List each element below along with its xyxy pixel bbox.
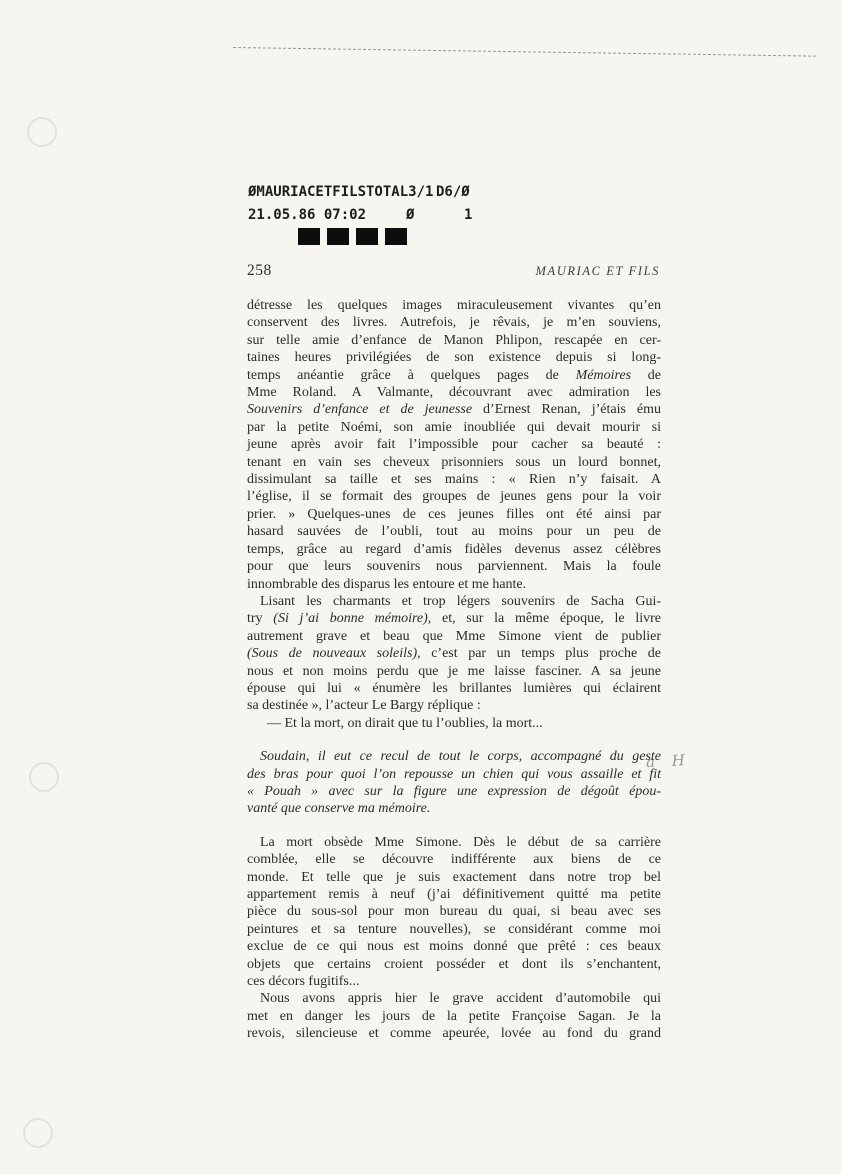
text-line: (Sous de nouveaux soleils), c’est par un…	[247, 645, 661, 662]
text-line: prier. » Quelques-unes de ces jeunes fil…	[247, 506, 661, 523]
text-line: appartement remis à neuf (j’ai définitiv…	[247, 886, 661, 903]
text-line: comblée, elle se découvre indifférente a…	[247, 851, 661, 868]
text-line: met en danger les jours de la petite Fra…	[247, 1008, 661, 1025]
text-line: temps anéantie grâce à quelques pages de…	[247, 367, 661, 384]
text-line: « Pouah » avec sur la figure une express…	[247, 783, 661, 800]
paragraph: détresse les quelques images miraculeuse…	[247, 297, 661, 593]
text-line: vanté que conserve ma mémoire.	[247, 800, 661, 817]
text-line: Lisant les charmants et trop légers souv…	[247, 593, 661, 610]
text-line: nous et non moins perdu que je me laisse…	[247, 663, 661, 680]
paragraph: Soudain, il eut ce recul de tout le corp…	[247, 748, 661, 818]
running-title: MAURIAC ET FILS	[536, 260, 660, 279]
black-marker-square	[385, 228, 407, 245]
text-line: objets que certains croient posséder et …	[247, 956, 661, 973]
typesetter-code: ØMAURIACETFILSTOTAL3/1	[248, 184, 433, 200]
text-line: tenant en vain ses cheveux prisonniers s…	[247, 454, 661, 471]
paragraph: — Et la mort, on dirait que tu l’oublies…	[247, 715, 661, 732]
paragraph: Lisant les charmants et trop légers souv…	[247, 593, 661, 715]
body-text: détresse les quelques images miraculeuse…	[247, 297, 661, 1043]
text-line: pièce du sous-sol pour mon bureau du qua…	[247, 903, 661, 920]
text-line: innombrable des disparus les entoure et …	[247, 576, 661, 593]
scan-fold-line	[233, 47, 816, 57]
text-line: Nous avons appris hier le grave accident…	[247, 990, 661, 1007]
text-line: sa destinée », l’acteur Le Bargy répliqu…	[247, 697, 661, 714]
text-line: exclue de ce qui nous est moins donné qu…	[247, 938, 661, 955]
text-line: temps, grâce au regard d’amis fidèles de…	[247, 541, 661, 558]
text-line: sur telle amie d’enfance de Manon Phlipo…	[247, 332, 661, 349]
paragraph: Nous avons appris hier le grave accident…	[247, 990, 661, 1042]
text-line: peintures et sa tenture nouvelles), se c…	[247, 921, 661, 938]
text-line: épouse qui lui « énumère les brillantes …	[247, 680, 661, 697]
text-line: hasard sauvées de l’oubli, tout au moins…	[247, 523, 661, 540]
text-line: ces décors fugitifs...	[247, 973, 661, 990]
text-line: Mme Roland. A Valmante, découvrant avec …	[247, 384, 661, 401]
text-line: l’église, il se formait des groupes de j…	[247, 488, 661, 505]
text-line: par la petite Noémi, son amie inoubliée …	[247, 419, 661, 436]
text-line: La mort obsède Mme Simone. Dès le début …	[247, 834, 661, 851]
black-marker-square	[327, 228, 349, 245]
text-line: revois, silencieuse et comme apeurée, lo…	[247, 1025, 661, 1042]
text-line: monde. Et telle que je suis exactement d…	[247, 869, 661, 886]
typesetter-code-block: ØMAURIACETFILSTOTAL3/1 D6/Ø 21.05.86 07:…	[248, 184, 668, 248]
text-line: taines heures privilégiées de son existe…	[247, 349, 661, 366]
punch-hole-mark	[27, 117, 57, 147]
page-number: 258	[247, 262, 272, 280]
text-line: des bras pour quoi l’on repousse un chie…	[247, 766, 661, 783]
typesetter-page-flag: 1	[464, 207, 472, 223]
punch-hole-mark	[29, 762, 59, 792]
text-line: détresse les quelques images miraculeuse…	[247, 297, 661, 314]
text-line: dissimulant sa taille et ses mains : « R…	[247, 471, 661, 488]
black-marker-square	[298, 228, 320, 245]
scanned-book-page: ØMAURIACETFILSTOTAL3/1 D6/Ø 21.05.86 07:…	[0, 0, 842, 1174]
typesetter-flag: Ø	[406, 207, 414, 223]
paragraph: La mort obsède Mme Simone. Dès le début …	[247, 834, 661, 991]
text-line: try (Si j’ai bonne mémoire), et, sur la …	[247, 610, 661, 627]
punch-hole-mark	[23, 1118, 53, 1148]
text-line: conservent des livres. Autrefois, je rêv…	[247, 314, 661, 331]
registration-marker-squares	[298, 228, 407, 245]
typesetter-datetime: 21.05.86 07:02	[248, 207, 366, 223]
black-marker-square	[356, 228, 378, 245]
text-line: — Et la mort, on dirait que tu l’oublies…	[247, 715, 661, 732]
text-line: pour que leurs souvenirs nous parviennen…	[247, 558, 661, 575]
typesetter-code-suffix: D6/Ø	[436, 184, 470, 200]
text-line: autrement grave et beau que Mme Simone v…	[247, 628, 661, 645]
text-line: jeune après avoir fait l’impossible pour…	[247, 436, 661, 453]
running-header-row: 258 MAURIAC ET FILS	[247, 260, 660, 280]
text-line: Soudain, il eut ce recul de tout le corp…	[247, 748, 661, 765]
text-line: Souvenirs d’enfance et de jeunesse d’Ern…	[247, 401, 661, 418]
